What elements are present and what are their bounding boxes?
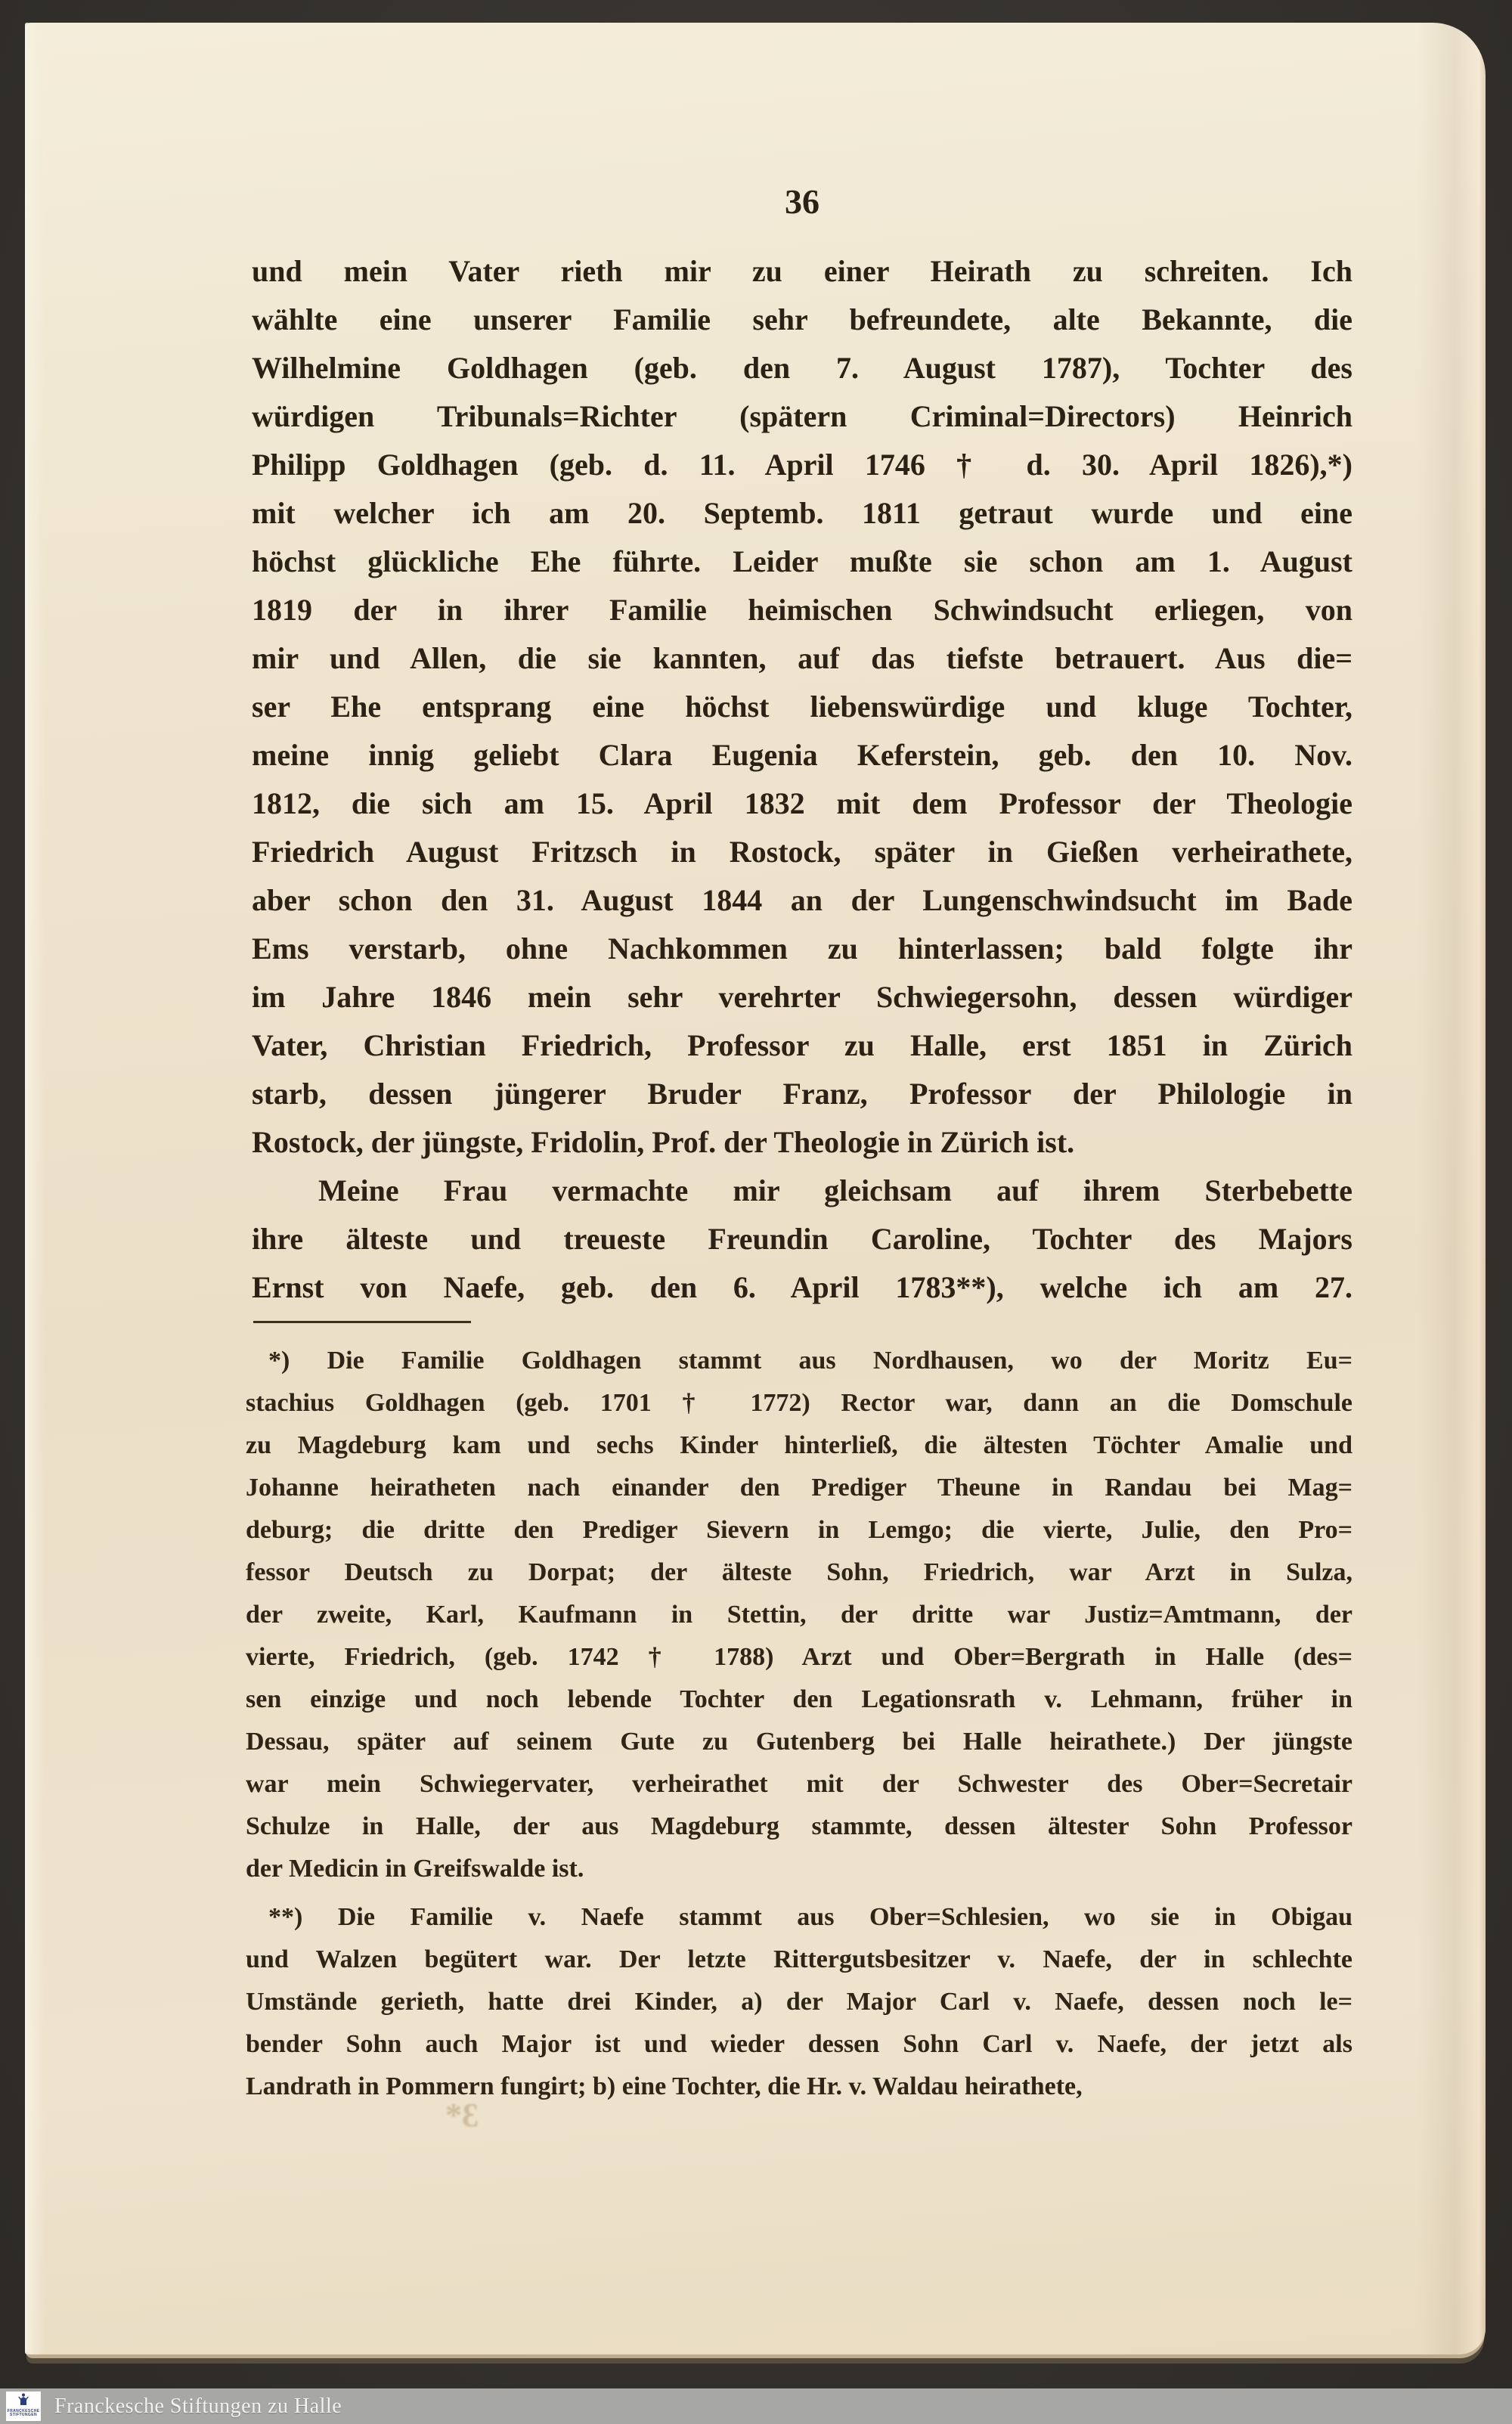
text-line: **) Die Familie v. Naefe stammt aus Ober… [246, 1896, 1352, 1939]
book-page: 36 und mein Vater rieth mir zu einer Hei… [25, 23, 1486, 2354]
text-line: aber schon den 31. August 1844 an der Lu… [252, 876, 1352, 925]
franckesche-stiftungen-logo: FRANCKESCHE STIFTUNGEN [6, 2391, 41, 2421]
text-line: bender Sohn auch Major ist und wieder de… [246, 2023, 1352, 2066]
text-line: mit welcher ich am 20. Septemb. 1811 get… [252, 489, 1352, 538]
statue-figure-icon [17, 2393, 29, 2410]
footnote-separator [253, 1321, 471, 1323]
text-line: Dessau, später auf seinem Gute zu Gutenb… [246, 1721, 1352, 1763]
text-line: 1812, die sich am 15. April 1832 mit dem… [252, 780, 1352, 828]
text-line: der Medicin in Greifswalde ist. [246, 1848, 1352, 1890]
text-line: ser Ehe entsprang eine höchst liebenswür… [252, 683, 1352, 731]
text-line: meine innig geliebt Clara Eugenia Kefers… [252, 731, 1352, 780]
text-line: Ernst von Naefe, geb. den 6. April 1783*… [252, 1263, 1352, 1312]
text-line: Friedrich August Fritzsch in Rostock, sp… [252, 828, 1352, 876]
bleedthrough-signature: 3* [445, 2096, 479, 2134]
text-line: *) Die Familie Goldhagen stammt aus Nord… [246, 1340, 1352, 1382]
body-text: und mein Vater rieth mir zu einer Heirat… [252, 247, 1352, 1312]
text-line: starb, dessen jüngerer Bruder Franz, Pro… [252, 1070, 1352, 1118]
text-line: mir und Allen, die sie kannten, auf das … [252, 634, 1352, 683]
text-line: im Jahre 1846 mein sehr verehrter Schwie… [252, 973, 1352, 1021]
text-line: stachius Goldhagen (geb. 1701 † 1772) Re… [246, 1382, 1352, 1424]
text-line: der zweite, Karl, Kaufmann in Stettin, d… [246, 1594, 1352, 1636]
text-line: Rostock, der jüngste, Fridolin, Prof. de… [252, 1118, 1352, 1167]
footnote: **) Die Familie v. Naefe stammt aus Ober… [246, 1896, 1352, 2108]
text-line: höchst glückliche Ehe führte. Leider muß… [252, 538, 1352, 586]
text-line: Ems verstarb, ohne Nachkommen zu hinterl… [252, 925, 1352, 973]
page-number: 36 [252, 181, 1352, 222]
banner-title: Franckesche Stiftungen zu Halle [54, 2388, 342, 2424]
text-line: Wilhelmine Goldhagen (geb. den 7. August… [252, 344, 1352, 392]
text-line: fessor Deutsch zu Dorpat; der älteste So… [246, 1551, 1352, 1594]
text-line: war mein Schwiegervater, verheirathet mi… [246, 1763, 1352, 1806]
text-line: Meine Frau vermachte mir gleichsam auf i… [252, 1167, 1352, 1215]
text-line: Vater, Christian Friedrich, Professor zu… [252, 1021, 1352, 1070]
text-line: Johanne heiratheten nach einander den Pr… [246, 1467, 1352, 1509]
text-line: 1819 der in ihrer Familie heimischen Sch… [252, 586, 1352, 634]
text-line: und Walzen begütert war. Der letzte Ritt… [246, 1939, 1352, 1981]
scanned-book-photo: 36 und mein Vater rieth mir zu einer Hei… [0, 0, 1512, 2424]
text-line: wählte eine unserer Familie sehr befreun… [252, 296, 1352, 344]
text-line: Landrath in Pommern fungirt; b) eine Toc… [246, 2066, 1352, 2108]
text-line: sen einzige und noch lebende Tochter den… [246, 1679, 1352, 1721]
text-line: vierte, Friedrich, (geb. 1742 † 1788) Ar… [246, 1636, 1352, 1679]
provenance-banner: FRANCKESCHE STIFTUNGEN Franckesche Stift… [0, 2388, 1512, 2424]
text-line: Philipp Goldhagen (geb. d. 11. April 174… [252, 441, 1352, 489]
footnote: *) Die Familie Goldhagen stammt aus Nord… [246, 1340, 1352, 1890]
text-line: würdigen Tribunals=Richter (spätern Crim… [252, 392, 1352, 441]
text-line: Umstände gerieth, hatte drei Kinder, a) … [246, 1981, 1352, 2023]
text-line: und mein Vater rieth mir zu einer Heirat… [252, 247, 1352, 296]
text-line: ihre älteste und treueste Freundin Carol… [252, 1215, 1352, 1263]
text-line: deburg; die dritte den Prediger Sievern … [246, 1509, 1352, 1551]
footnotes: *) Die Familie Goldhagen stammt aus Nord… [246, 1340, 1352, 2108]
text-line: zu Magdeburg kam und sechs Kinder hinter… [246, 1424, 1352, 1467]
text-line: Schulze in Halle, der aus Magdeburg stam… [246, 1806, 1352, 1848]
logo-text-line2: STIFTUNGEN [10, 2413, 37, 2417]
